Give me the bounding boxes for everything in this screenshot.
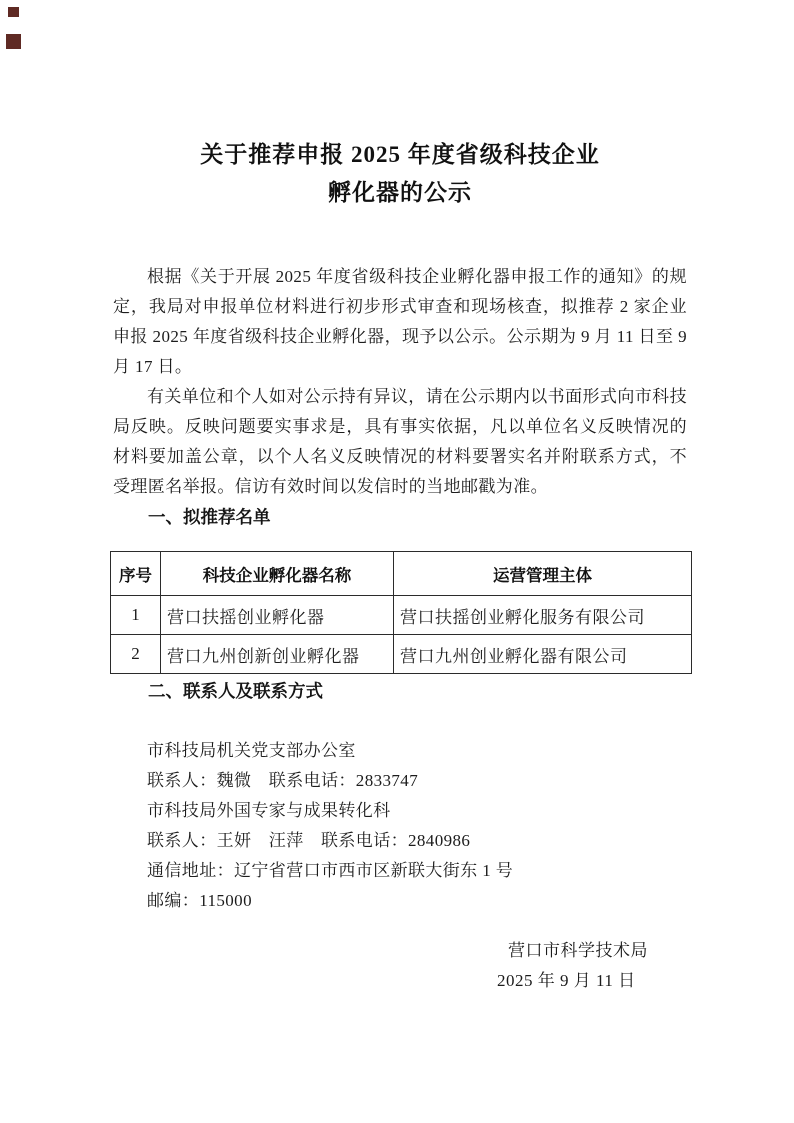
row2-operator: 营口九州创业孵化器有限公司 bbox=[394, 635, 692, 674]
document-content: 关于推荐申报 2025 年度省级科技企业 孵化器的公示 根据《关于开展 2025… bbox=[113, 0, 687, 996]
table-header-row: 序号 科技企业孵化器名称 运营管理主体 bbox=[111, 552, 692, 596]
column-header-operator: 运营管理主体 bbox=[394, 552, 692, 596]
contact-postal-code: 邮编：115000 bbox=[113, 886, 687, 916]
signature-date: 2025 年 9 月 11 日 bbox=[497, 966, 687, 996]
section-heading-contact: 二、联系人及联系方式 bbox=[113, 676, 687, 706]
paragraph-intro: 根据《关于开展 2025 年度省级科技企业孵化器申报工作的通知》的规定，我局对申… bbox=[113, 262, 687, 382]
contact-office-1: 市科技局机关党支部办公室 bbox=[113, 736, 687, 766]
contact-person-phone-2: 联系人：王妍 汪萍 联系电话：2840986 bbox=[113, 826, 687, 856]
document-title-line-2: 孵化器的公示 bbox=[113, 174, 687, 212]
contact-office-2: 市科技局外国专家与成果转化科 bbox=[113, 796, 687, 826]
row1-index: 1 bbox=[111, 596, 161, 635]
document-page: 关于推荐申报 2025 年度省级科技企业 孵化器的公示 根据《关于开展 2025… bbox=[0, 0, 794, 1123]
scan-corner-mark-top bbox=[8, 7, 19, 17]
table-row: 1 营口扶摇创业孵化器 营口扶摇创业孵化服务有限公司 bbox=[111, 596, 692, 635]
row2-incubator-name: 营口九州创新创业孵化器 bbox=[161, 635, 394, 674]
contact-person-phone-1: 联系人：魏微 联系电话：2833747 bbox=[113, 766, 687, 796]
table-row: 2 营口九州创新创业孵化器 营口九州创业孵化器有限公司 bbox=[111, 635, 692, 674]
section-heading-recommend-list: 一、拟推荐名单 bbox=[113, 502, 687, 532]
scan-corner-mark-bottom bbox=[6, 34, 21, 49]
contact-mailing-address: 通信地址：辽宁省营口市西市区新联大街东 1 号 bbox=[113, 856, 687, 886]
row2-index: 2 bbox=[111, 635, 161, 674]
recommend-list-table: 序号 科技企业孵化器名称 运营管理主体 1 营口扶摇创业孵化器 营口扶摇创业孵化… bbox=[110, 551, 692, 674]
signature-block: 营口市科学技术局 2025 年 9 月 11 日 bbox=[113, 936, 687, 996]
contact-block: 市科技局机关党支部办公室 联系人：魏微 联系电话：2833747 市科技局外国专… bbox=[113, 736, 687, 916]
column-header-index: 序号 bbox=[111, 552, 161, 596]
column-header-incubator-name: 科技企业孵化器名称 bbox=[161, 552, 394, 596]
row1-operator: 营口扶摇创业孵化服务有限公司 bbox=[394, 596, 692, 635]
signature-organization: 营口市科学技术局 bbox=[508, 936, 687, 966]
paragraph-objection-notice: 有关单位和个人如对公示持有异议，请在公示期内以书面形式向市科技局反映。反映问题要… bbox=[113, 382, 687, 502]
document-title-line-1: 关于推荐申报 2025 年度省级科技企业 bbox=[113, 136, 687, 174]
row1-incubator-name: 营口扶摇创业孵化器 bbox=[161, 596, 394, 635]
